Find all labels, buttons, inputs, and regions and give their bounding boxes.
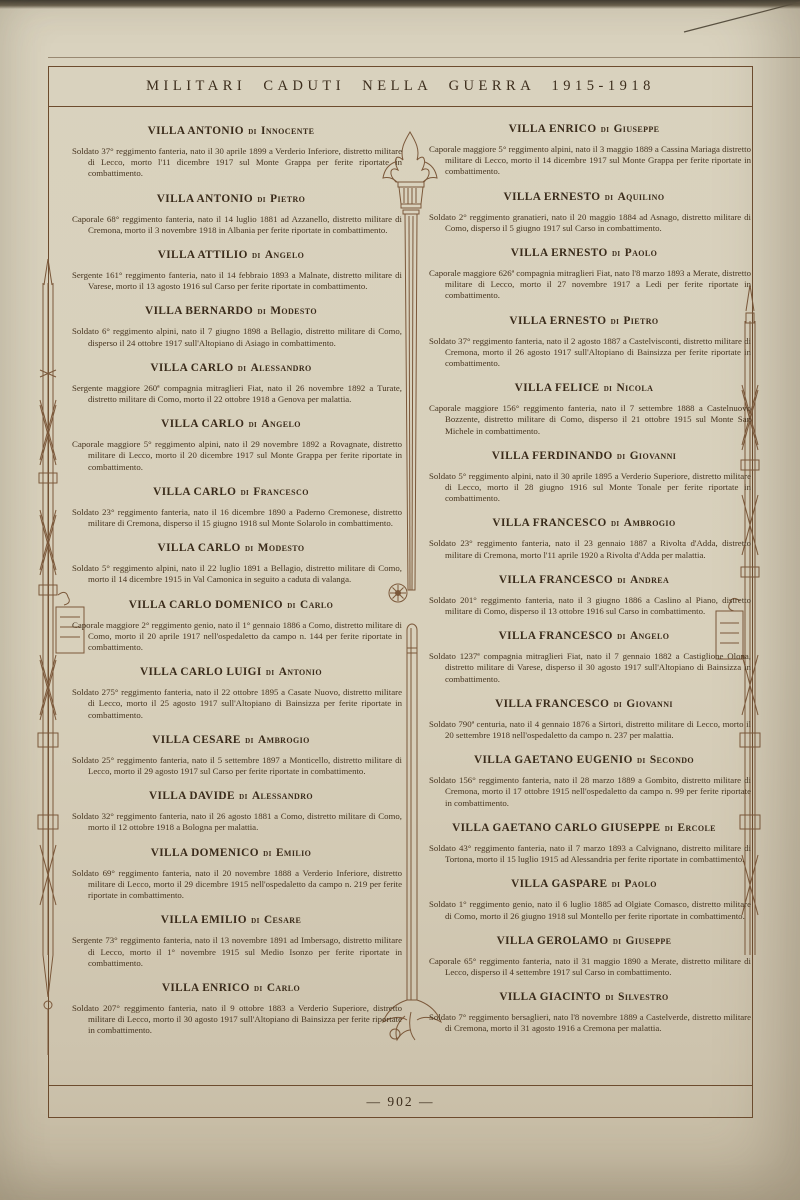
entry-body: Caporale 65° reggimento fanteria, nato i… bbox=[417, 956, 751, 978]
memorial-entry: VILLA ENRICO di CarloSoldato 207° reggim… bbox=[60, 982, 402, 1037]
entry-name: VILLA CARLO bbox=[158, 542, 241, 554]
entry-body: Soldato 156° reggimento fanteria, nato i… bbox=[417, 775, 751, 809]
entry-name: VILLA ERNESTO bbox=[509, 315, 606, 327]
memorial-entry: VILLA FRANCESCO di AndreaSoldato 201° re… bbox=[417, 574, 751, 617]
entry-father: Emilio bbox=[276, 847, 311, 859]
entry-body: Soldato 790ª centuria, nato il 4 gennaio… bbox=[417, 719, 751, 741]
entry-di: di bbox=[604, 193, 615, 203]
top-stray-rule bbox=[48, 57, 800, 58]
entry-di: di bbox=[610, 317, 621, 327]
entry-di: di bbox=[611, 249, 622, 259]
entry-heading: VILLA DAVIDE di Alessandro bbox=[60, 790, 402, 804]
entry-di: di bbox=[237, 364, 248, 374]
entry-heading: VILLA CARLO di Angelo bbox=[60, 418, 402, 432]
entry-heading: VILLA GAETANO EUGENIO di Secondo bbox=[417, 754, 751, 768]
entry-di: di bbox=[244, 544, 255, 554]
entry-heading: VILLA CARLO di Francesco bbox=[60, 486, 402, 500]
entry-di: di bbox=[616, 576, 627, 586]
entry-body: Caporale maggiore 5° reggimento alpini, … bbox=[417, 144, 751, 178]
entry-heading: VILLA GASPARE di Paolo bbox=[417, 878, 751, 892]
memorial-entry: VILLA CARLO DOMENICO di CarloCaporale ma… bbox=[60, 599, 402, 654]
entry-father: Carlo bbox=[300, 599, 333, 611]
entry-name: VILLA GAETANO CARLO GIUSEPPE bbox=[452, 822, 660, 834]
memorial-entry: VILLA GASPARE di PaoloSoldato 1° reggime… bbox=[417, 878, 751, 921]
memorial-entry: VILLA ENRICO di GiuseppeCaporale maggior… bbox=[417, 123, 751, 178]
entry-father: Pietro bbox=[623, 315, 658, 327]
entry-name: VILLA GASPARE bbox=[511, 878, 607, 890]
entry-name: VILLA ERNESTO bbox=[511, 247, 608, 259]
entry-name: VILLA FELICE bbox=[515, 382, 600, 394]
entry-di: di bbox=[613, 700, 624, 710]
entry-body: Soldato 25° reggimento fanteria, nato il… bbox=[60, 755, 402, 777]
entry-body: Caporale maggiore 5° reggimento alpini, … bbox=[60, 439, 402, 473]
memorial-entry: VILLA FELICE di NicolaCaporale maggiore … bbox=[417, 382, 751, 437]
entry-body: Soldato 69° reggimento fanteria, nato il… bbox=[60, 868, 402, 902]
entry-father: Francesco bbox=[253, 486, 308, 498]
entry-di: di bbox=[265, 668, 276, 678]
entry-di: di bbox=[612, 937, 623, 947]
memorial-entry: VILLA CESARE di AmbrogioSoldato 25° regg… bbox=[60, 734, 402, 777]
entry-name: VILLA FRANCESCO bbox=[499, 574, 613, 586]
memorial-entry: VILLA CARLO di FrancescoSoldato 23° regg… bbox=[60, 486, 402, 529]
entry-body: Soldato 1° reggimento genio, nato il 6 l… bbox=[417, 899, 751, 921]
entry-heading: VILLA EMILIO di Cesare bbox=[60, 914, 402, 928]
entry-name: VILLA ENRICO bbox=[162, 982, 250, 994]
entry-di: di bbox=[664, 824, 675, 834]
entry-father: Angelo bbox=[265, 249, 304, 261]
entry-heading: VILLA ATTILIO di Angelo bbox=[60, 249, 402, 263]
memorial-entry: VILLA DAVIDE di AlessandroSoldato 32° re… bbox=[60, 790, 402, 833]
entry-name: VILLA CARLO DOMENICO bbox=[129, 599, 283, 611]
entry-name: VILLA DAVIDE bbox=[149, 790, 235, 802]
entry-father: Silvestro bbox=[618, 991, 669, 1003]
entry-di: di bbox=[248, 420, 259, 430]
entry-di: di bbox=[603, 384, 614, 394]
entry-name: VILLA GEROLAMO bbox=[497, 935, 609, 947]
memorial-entry: VILLA EMILIO di CesareSergente 73° reggi… bbox=[60, 914, 402, 969]
memorial-entry: VILLA GAETANO CARLO GIUSEPPE di ErcoleSo… bbox=[417, 822, 751, 865]
entry-body: Soldato 2° reggimento granatieri, nato i… bbox=[417, 212, 751, 234]
entry-body: Soldato 5° reggimento alpini, nato il 22… bbox=[60, 563, 402, 585]
entry-father: Modesto bbox=[258, 542, 305, 554]
entry-name: VILLA CESARE bbox=[152, 734, 241, 746]
entry-di: di bbox=[240, 488, 251, 498]
memorial-entry: VILLA DOMENICO di EmilioSoldato 69° regg… bbox=[60, 847, 402, 902]
memorial-entry: VILLA ANTONIO di InnocenteSoldato 37° re… bbox=[60, 125, 402, 180]
left-column: VILLA ANTONIO di InnocenteSoldato 37° re… bbox=[60, 112, 402, 1037]
entry-name: VILLA ANTONIO bbox=[148, 125, 244, 137]
header-band: MILITARI CADUTI NELLA GUERRA 1915-1918 bbox=[48, 66, 753, 107]
entry-father: Giovanni bbox=[626, 698, 673, 710]
entry-name: VILLA FRANCESCO bbox=[499, 630, 613, 642]
entry-heading: VILLA GEROLAMO di Giuseppe bbox=[417, 935, 751, 949]
entry-father: Angelo bbox=[630, 630, 669, 642]
memorial-entry: VILLA CARLO di ModestoSoldato 5° reggime… bbox=[60, 542, 402, 585]
entry-body: Soldato 5° reggimento alpini, nato il 30… bbox=[417, 471, 751, 505]
entry-body: Sergente maggiore 260ª compagnia mitragl… bbox=[60, 383, 402, 405]
entry-heading: VILLA BERNARDO di Modesto bbox=[60, 305, 402, 319]
entry-father: Giuseppe bbox=[626, 935, 672, 947]
entry-father: Innocente bbox=[261, 125, 314, 137]
entry-heading: VILLA CARLO LUIGI di Antonio bbox=[60, 666, 402, 680]
entry-di: di bbox=[611, 880, 622, 890]
entry-name: VILLA FRANCESCO bbox=[495, 698, 609, 710]
entry-name: VILLA ATTILIO bbox=[158, 249, 248, 261]
entry-heading: VILLA ENRICO di Carlo bbox=[60, 982, 402, 996]
entry-body: Soldato 32° reggimento fanteria, nato il… bbox=[60, 811, 402, 833]
entry-heading: VILLA FRANCESCO di Ambrogio bbox=[417, 517, 751, 531]
entry-name: VILLA FERDINANDO bbox=[492, 450, 613, 462]
entry-body: Soldato 1237ª compagnia mitraglieri Fiat… bbox=[417, 651, 751, 685]
entry-father: Antonio bbox=[279, 666, 322, 678]
entry-father: Cesare bbox=[264, 914, 301, 926]
entry-father: Nicola bbox=[617, 382, 654, 394]
entry-father: Alessandro bbox=[252, 790, 313, 802]
page-title: MILITARI CADUTI NELLA GUERRA 1915-1918 bbox=[146, 78, 655, 95]
entry-father: Ercole bbox=[678, 822, 716, 834]
entry-name: VILLA EMILIO bbox=[161, 914, 247, 926]
page-corner-crease bbox=[682, 0, 800, 34]
entry-body: Soldato 37° reggimento fanteria, nato il… bbox=[60, 146, 402, 180]
entry-di: di bbox=[250, 916, 261, 926]
entry-body: Soldato 23° reggimento fanteria, nato il… bbox=[60, 507, 402, 529]
entry-heading: VILLA FRANCESCO di Angelo bbox=[417, 630, 751, 644]
entry-di: di bbox=[247, 127, 258, 137]
entry-father: Alessandro bbox=[251, 362, 312, 374]
memorial-entry: VILLA ERNESTO di AquilinoSoldato 2° regg… bbox=[417, 191, 751, 234]
entry-heading: VILLA CARLO DOMENICO di Carlo bbox=[60, 599, 402, 613]
entry-name: VILLA GIACINTO bbox=[499, 991, 601, 1003]
entry-di: di bbox=[286, 601, 297, 611]
entry-father: Andrea bbox=[630, 574, 669, 586]
entry-di: di bbox=[604, 993, 615, 1003]
entry-father: Paolo bbox=[624, 878, 656, 890]
entry-body: Sergente 73° reggimento fanteria, nato i… bbox=[60, 935, 402, 969]
book-page-photo: { "page": { "title": "MILITARI CADUTI NE… bbox=[0, 0, 800, 1200]
entry-heading: VILLA FELICE di Nicola bbox=[417, 382, 751, 396]
entry-body: Caporale maggiore 156° reggimento fanter… bbox=[417, 403, 751, 437]
entry-di: di bbox=[616, 452, 627, 462]
entry-heading: VILLA ENRICO di Giuseppe bbox=[417, 123, 751, 137]
entry-heading: VILLA FRANCESCO di Andrea bbox=[417, 574, 751, 588]
entry-father: Carlo bbox=[267, 982, 300, 994]
entry-body: Soldato 43° reggimento fanteria, nato il… bbox=[417, 843, 751, 865]
entry-heading: VILLA ERNESTO di Aquilino bbox=[417, 191, 751, 205]
entry-body: Soldato 275° reggimento fanteria, nato i… bbox=[60, 687, 402, 721]
memorial-entry: VILLA FRANCESCO di GiovanniSoldato 790ª … bbox=[417, 698, 751, 741]
entry-name: VILLA CARLO bbox=[161, 418, 244, 430]
entry-body: Soldato 6° reggimento alpini, nato il 7 … bbox=[60, 326, 402, 348]
entry-heading: VILLA CARLO di Modesto bbox=[60, 542, 402, 556]
entry-di: di bbox=[244, 736, 255, 746]
entry-father: Secondo bbox=[650, 754, 694, 766]
footer-band: — 902 — bbox=[48, 1085, 753, 1118]
entry-name: VILLA CARLO LUIGI bbox=[140, 666, 262, 678]
entry-name: VILLA GAETANO EUGENIO bbox=[474, 754, 633, 766]
entry-heading: VILLA GIACINTO di Silvestro bbox=[417, 991, 751, 1005]
entry-body: Caporale 68° reggimento fanteria, nato i… bbox=[60, 214, 402, 236]
entry-di: di bbox=[256, 307, 267, 317]
entry-father: Paolo bbox=[625, 247, 657, 259]
entry-di: di bbox=[262, 849, 273, 859]
memorial-entry: VILLA GAETANO EUGENIO di SecondoSoldato … bbox=[417, 754, 751, 809]
entry-heading: VILLA FRANCESCO di Giovanni bbox=[417, 698, 751, 712]
memorial-entry: VILLA CARLO di AlessandroSergente maggio… bbox=[60, 362, 402, 405]
entry-name: VILLA BERNARDO bbox=[145, 305, 253, 317]
memorial-entry: VILLA CARLO LUIGI di AntonioSoldato 275°… bbox=[60, 666, 402, 721]
entry-heading: VILLA CARLO di Alessandro bbox=[60, 362, 402, 376]
entry-father: Modesto bbox=[270, 305, 317, 317]
entry-body: Caporale maggiore 2° reggimento genio, n… bbox=[60, 620, 402, 654]
entry-name: VILLA DOMENICO bbox=[151, 847, 259, 859]
entry-father: Pietro bbox=[270, 193, 305, 205]
entry-name: VILLA ENRICO bbox=[509, 123, 597, 135]
entry-di: di bbox=[616, 632, 627, 642]
entry-di: di bbox=[256, 195, 267, 205]
entry-heading: VILLA DOMENICO di Emilio bbox=[60, 847, 402, 861]
entry-body: Soldato 201° reggimento fanteria, nato i… bbox=[417, 595, 751, 617]
entry-heading: VILLA ANTONIO di Pietro bbox=[60, 193, 402, 207]
memorial-entry: VILLA ANTONIO di PietroCaporale 68° regg… bbox=[60, 193, 402, 236]
page-number: — 902 — bbox=[367, 1094, 435, 1110]
entry-heading: VILLA CESARE di Ambrogio bbox=[60, 734, 402, 748]
right-column: VILLA ENRICO di GiuseppeCaporale maggior… bbox=[417, 110, 751, 1035]
entry-body: Soldato 7° reggimento bersaglieri, nato … bbox=[417, 1012, 751, 1034]
entry-di: di bbox=[251, 251, 262, 261]
entry-father: Angelo bbox=[261, 418, 300, 430]
entry-body: Soldato 37° reggimento fanteria, nato il… bbox=[417, 336, 751, 370]
entry-father: Ambrogio bbox=[258, 734, 310, 746]
entry-name: VILLA CARLO bbox=[153, 486, 236, 498]
memorial-entry: VILLA CARLO di AngeloCaporale maggiore 5… bbox=[60, 418, 402, 473]
entry-di: di bbox=[610, 519, 621, 529]
memorial-entry: VILLA GEROLAMO di GiuseppeCaporale 65° r… bbox=[417, 935, 751, 978]
entry-heading: VILLA FERDINANDO di Giovanni bbox=[417, 450, 751, 464]
entry-father: Giovanni bbox=[630, 450, 677, 462]
memorial-entry: VILLA FERDINANDO di GiovanniSoldato 5° r… bbox=[417, 450, 751, 505]
entry-name: VILLA FRANCESCO bbox=[492, 517, 606, 529]
memorial-entry: VILLA FRANCESCO di AngeloSoldato 1237ª c… bbox=[417, 630, 751, 685]
entry-heading: VILLA ERNESTO di Paolo bbox=[417, 247, 751, 261]
entry-name: VILLA ANTONIO bbox=[157, 193, 253, 205]
entry-heading: VILLA ANTONIO di Innocente bbox=[60, 125, 402, 139]
entry-father: Ambrogio bbox=[624, 517, 676, 529]
entry-heading: VILLA GAETANO CARLO GIUSEPPE di Ercole bbox=[417, 822, 751, 836]
memorial-entry: VILLA GIACINTO di SilvestroSoldato 7° re… bbox=[417, 991, 751, 1034]
memorial-entry: VILLA ERNESTO di PietroSoldato 37° reggi… bbox=[417, 315, 751, 370]
memorial-entry: VILLA FRANCESCO di AmbrogioSoldato 23° r… bbox=[417, 517, 751, 560]
entry-father: Giuseppe bbox=[614, 123, 660, 135]
entry-heading: VILLA ERNESTO di Pietro bbox=[417, 315, 751, 329]
entry-body: Caporale maggiore 626ª compagnia mitragl… bbox=[417, 268, 751, 302]
entry-father: Aquilino bbox=[618, 191, 665, 203]
photo-top-edge bbox=[0, 0, 800, 9]
entry-di: di bbox=[238, 792, 249, 802]
memorial-entry: VILLA ERNESTO di PaoloCaporale maggiore … bbox=[417, 247, 751, 302]
memorial-entry: VILLA ATTILIO di AngeloSergente 161° reg… bbox=[60, 249, 402, 292]
memorial-entry: VILLA BERNARDO di ModestoSoldato 6° regg… bbox=[60, 305, 402, 348]
entry-body: Soldato 207° reggimento fanteria, nato i… bbox=[60, 1003, 402, 1037]
entry-di: di bbox=[636, 756, 647, 766]
entry-body: Soldato 23° reggimento fanteria, nato il… bbox=[417, 538, 751, 560]
entry-di: di bbox=[600, 125, 611, 135]
entry-name: VILLA CARLO bbox=[150, 362, 233, 374]
entry-di: di bbox=[253, 984, 264, 994]
entry-body: Sergente 161° reggimento fanteria, nato … bbox=[60, 270, 402, 292]
entry-name: VILLA ERNESTO bbox=[504, 191, 601, 203]
